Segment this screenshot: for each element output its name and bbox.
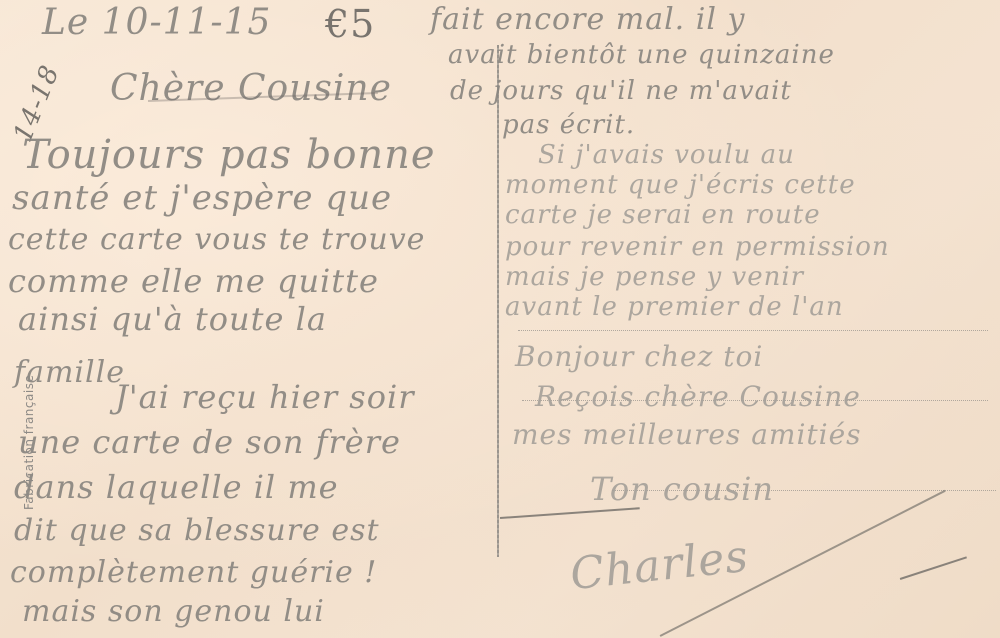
- right-line: fait encore mal. il y: [430, 2, 745, 37]
- right-line: Si j'avais voulu au: [538, 140, 795, 170]
- right-line: pas écrit.: [502, 110, 635, 140]
- left-line: J'ai reçu hier soir: [115, 378, 415, 416]
- left-line: une carte de son frère: [18, 423, 401, 461]
- right-line: carte je serai en route: [505, 200, 821, 230]
- postcard-back: Le 10-11-15 €5 14-18 Chère Cousine Toujo…: [0, 0, 1000, 638]
- left-line: dans laquelle il me: [14, 468, 339, 506]
- left-line: dit que sa blessure est: [14, 513, 380, 548]
- left-line: santé et j'espère que: [12, 178, 392, 218]
- left-line: complètement guérie !: [10, 555, 377, 590]
- right-line: de jours qu'il ne m'avait: [450, 76, 792, 106]
- date-text: Le 10-11-15: [42, 2, 271, 43]
- signature: Charles: [568, 531, 751, 600]
- closing-line: mes meilleures amitiés: [512, 418, 862, 451]
- signoff: Ton cousin: [590, 470, 774, 508]
- closing-line: Bonjour chez toi: [515, 340, 763, 373]
- right-line: mais je pense y venir: [505, 262, 804, 292]
- closing-line: Reçois chère Cousine: [535, 380, 861, 413]
- right-line: avait bientôt une quinzaine: [448, 40, 835, 70]
- right-line: avant le premier de l'an: [505, 292, 844, 322]
- center-divider: [497, 45, 499, 557]
- left-line: comme elle me quitte: [8, 262, 379, 300]
- left-line: cette carte vous te trouve: [8, 222, 425, 257]
- right-line: moment que j'écris cette: [505, 170, 856, 200]
- left-line: mais son genou lui: [22, 594, 325, 629]
- printer-mark: Fabrication française: [22, 375, 36, 510]
- price-mark: €5: [325, 2, 375, 46]
- pencil-stroke: [500, 507, 640, 518]
- right-line: pour revenir en permission: [505, 232, 890, 262]
- left-line: Toujours pas bonne: [22, 132, 436, 178]
- pencil-stroke: [900, 556, 967, 579]
- salutation: Chère Cousine: [110, 68, 392, 109]
- left-line: ainsi qu'à toute la: [18, 300, 327, 338]
- address-line: [518, 330, 988, 331]
